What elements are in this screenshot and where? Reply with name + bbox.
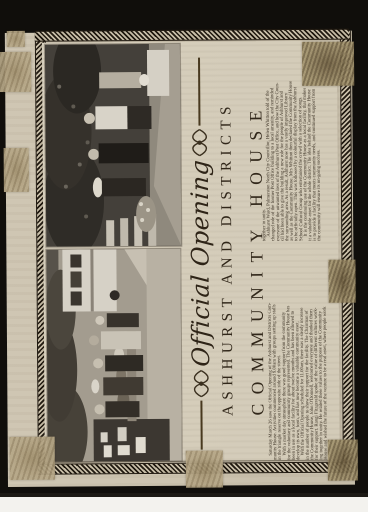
photo-market-day-stalls bbox=[46, 249, 181, 462]
tape bbox=[328, 260, 355, 303]
photo-garden-gathering bbox=[45, 44, 181, 247]
photo-market-day-stalls-image bbox=[46, 249, 181, 462]
tape bbox=[186, 450, 223, 487]
tape bbox=[0, 52, 31, 92]
flourish-rule-right bbox=[198, 58, 200, 126]
flourish-ornament-icon bbox=[188, 127, 210, 157]
tape bbox=[302, 42, 354, 86]
flourish-ornament-icon bbox=[190, 368, 212, 398]
braided-border-right bbox=[35, 29, 349, 42]
scanned-scrapbook-page: Official Opening ASHHURST AND DISTRICTS … bbox=[0, 0, 368, 512]
article-column-1: Saturday March 26 saw the Official Openi… bbox=[267, 253, 330, 460]
tape bbox=[328, 440, 358, 481]
headline-script: Official Opening bbox=[186, 159, 215, 368]
tape bbox=[4, 148, 29, 192]
photo-garden-gathering-image bbox=[45, 44, 181, 247]
scrapbook-page: Official Opening ASHHURST AND DISTRICTS … bbox=[5, 31, 355, 487]
article-column-1-lines: Saturday March 26 saw the Official Openi… bbox=[267, 253, 328, 460]
tape bbox=[7, 31, 25, 47]
flourish-rule-left bbox=[201, 400, 203, 449]
headline-script-row: Official Opening bbox=[181, 58, 220, 450]
headline-line1: ASHHURST AND DISTRICTS bbox=[218, 53, 238, 463]
braided-border-bottom bbox=[340, 31, 354, 473]
scanner-white-strip bbox=[0, 497, 368, 512]
tape bbox=[10, 437, 55, 480]
